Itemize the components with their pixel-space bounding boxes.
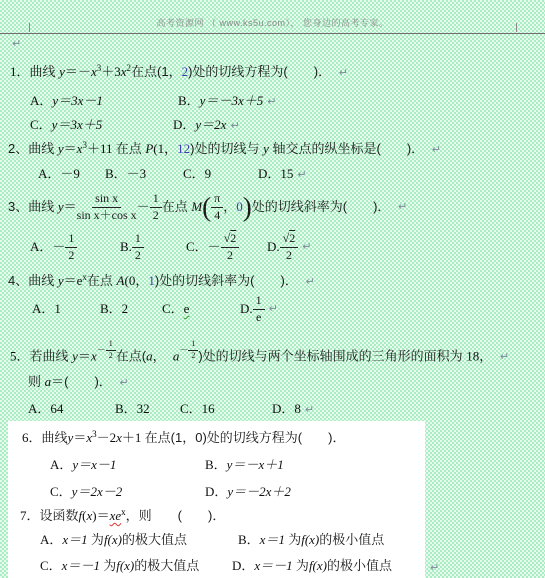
question-6-option-c: C．y＝2x－2	[50, 482, 122, 502]
margin-mark-icon	[29, 23, 30, 32]
question-3-option-d: D.√22↵	[267, 230, 311, 264]
question-1-option-d: D．y＝2x↵	[173, 115, 240, 136]
paragraph-return-icon: ↵	[115, 376, 128, 389]
question-2-option-b: B．－3	[105, 164, 146, 184]
fraction: 12	[65, 232, 77, 261]
question-4-stem: 4、曲线 y＝ex在点 A(0，1)处的切线斜率为( )． ↵	[8, 271, 315, 292]
fraction: sin xsin x＋cos x	[77, 192, 137, 221]
fraction: π4	[211, 192, 223, 221]
question-5-stem-line-2: 则 a＝( )． ↵	[28, 372, 129, 393]
question-3-option-b: B.12	[120, 230, 144, 264]
question-5-option-a: A．64	[28, 399, 63, 419]
question-4-option-d: D.1e↵	[240, 294, 278, 324]
question-1-stem: 1．曲线 y＝－x3＋3x2在点(1，2)处的切线方程为( )． ↵	[10, 62, 348, 83]
question-5-option-d: D．8↵	[272, 399, 314, 420]
question-6-option-b: B．y＝－x＋1	[205, 455, 284, 475]
question-7-stem: 7．设函数f(x)＝xex，则 ( )．	[20, 506, 225, 526]
question-2-stem: 2、曲线 y＝x3＋11 在点 P(1，12)处的切线与 y 轴交点的纵坐标是(…	[8, 139, 441, 160]
document-page: 高考资源网 （ www.ks5u.com）， 您身边的高考专家。 ↵ 1．曲线 …	[0, 0, 545, 578]
question-4-option-b: B．2	[100, 294, 128, 324]
superscript-fraction: －12	[97, 340, 116, 361]
paragraph-return-icon: ↵	[496, 350, 509, 363]
paragraph-return-icon: ↵	[335, 66, 348, 79]
paragraph-return-icon: ↵	[394, 197, 407, 217]
question-5-option-b: B．32	[115, 399, 150, 419]
fraction: 12	[150, 192, 162, 221]
question-7-option-a: A．x＝1 为f(x)的极大值点	[40, 530, 187, 550]
paragraph-return-icon: ↵	[263, 95, 276, 108]
question-2-option-a: A．－9	[38, 164, 80, 184]
question-3-option-a: A．－12	[30, 230, 77, 264]
question-4-option-a: A．1	[32, 294, 61, 324]
site-slogan: 高考资源网 （ www.ks5u.com）， 您身边的高考专家。	[0, 16, 545, 29]
paragraph-return-icon: ↵	[301, 403, 314, 416]
question-5-stem-line-1: 5．若曲线 y＝x－12在点(a， a－12)处的切线与两个坐标轴围成的三角形的…	[10, 340, 509, 367]
paragraph-return-icon: ↵	[428, 143, 441, 156]
fraction: 12	[132, 232, 144, 261]
question-7-option-c: C．x＝－1 为f(x)的极大值点	[40, 556, 199, 576]
fraction: 1e	[253, 294, 265, 323]
paragraph-return-icon: ↵	[430, 561, 439, 574]
question-5-option-c: C．16	[180, 399, 215, 419]
paragraph-return-icon: ↵	[265, 299, 278, 319]
paragraph-return-icon: ↵	[12, 37, 21, 50]
margin-mark-icon	[516, 23, 517, 32]
question-6-option-d: D．y＝－2x＋2	[205, 482, 291, 502]
question-7-option-d: D．x＝－1 为f(x)的极小值点	[232, 556, 392, 576]
fraction: √22	[221, 232, 240, 261]
question-2-option-c: C．9	[183, 164, 211, 184]
paragraph-return-icon: ↵	[226, 119, 239, 132]
question-3-option-c: C．－√22	[186, 230, 239, 264]
question-6-option-a: A．y＝x－1	[50, 455, 116, 475]
question-2-option-d: D．15↵	[258, 164, 307, 185]
paragraph-return-icon: ↵	[301, 275, 314, 288]
question-1-option-c: C．y＝3x＋5	[30, 115, 102, 135]
question-1-option-b: B．y＝－3x＋5↵	[178, 91, 276, 112]
question-3-stem: 3、曲线 y＝sin xsin x＋cos x－12在点 M(π4，0)处的切线…	[8, 188, 407, 226]
paragraph-return-icon: ↵	[293, 168, 306, 181]
superscript-fraction: －12	[179, 340, 198, 361]
fraction: √22	[280, 232, 299, 261]
paragraph-return-icon: ↵	[298, 237, 311, 257]
question-6-stem: 6．曲线y＝x3－2x＋1 在点(1，0)处的切线方程为( )．	[22, 428, 345, 448]
question-7-option-b: B．x＝1 为f(x)的极小值点	[238, 530, 384, 550]
question-1-option-a: A．y＝3x－1	[30, 91, 103, 111]
header-rule	[0, 33, 545, 34]
question-4-option-c: C．e	[162, 294, 189, 324]
